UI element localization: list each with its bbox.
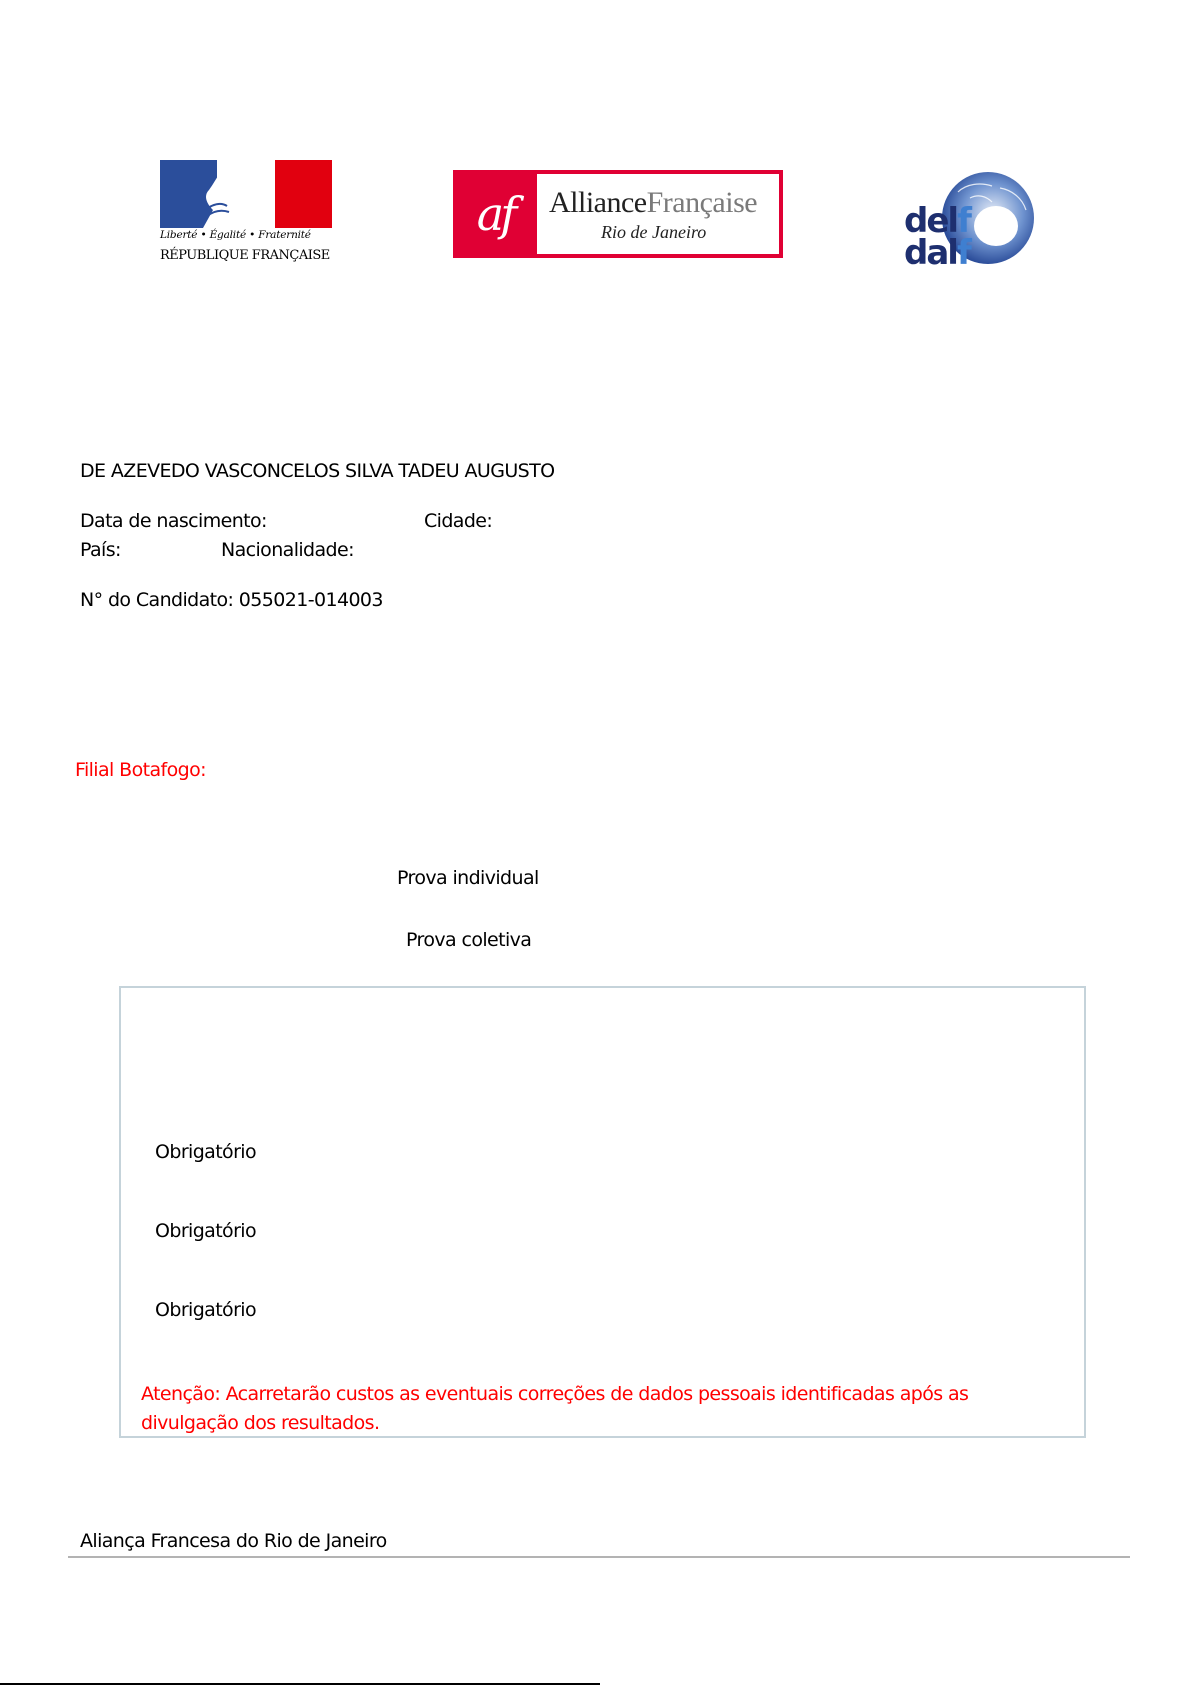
- footer-divider: [68, 1556, 1130, 1558]
- republique-francaise-logo: Liberté • Égalité • Fraternité RÉPUBLIQU…: [160, 160, 334, 270]
- alliance-francaise-logo: af AllianceFrançaise Rio de Janeiro: [453, 170, 783, 258]
- af-mark-icon: af: [453, 170, 537, 258]
- warning-text: Atenção: Acarretarão custos as eventuais…: [141, 1380, 1071, 1438]
- country-label: País:: [80, 539, 121, 561]
- collective-exam-label: Prova coletiva: [406, 929, 531, 951]
- birth-date-label: Data de nascimento:: [80, 510, 267, 532]
- alliance-title: AllianceFrançaise: [549, 186, 757, 220]
- marianne-flag-icon: [160, 160, 332, 228]
- candidate-number: N° do Candidato: 055021-014003: [80, 589, 383, 611]
- individual-exam-label: Prova individual: [397, 867, 539, 889]
- footer-organization: Aliança Francesa do Rio de Janeiro: [80, 1530, 387, 1552]
- required-label: Obrigatório: [155, 1220, 256, 1242]
- candidate-name: DE AZEVEDO VASCONCELOS SILVA TADEU AUGUS…: [80, 460, 554, 482]
- delf-globe-icon: delf dalf: [900, 168, 1060, 268]
- nationality-label: Nacionalidade:: [221, 539, 354, 561]
- required-label: Obrigatório: [155, 1141, 256, 1163]
- info-box: [119, 986, 1086, 1438]
- republique-motto: Liberté • Égalité • Fraternité: [160, 229, 334, 241]
- svg-text:dalf: dalf: [904, 233, 973, 268]
- republique-name: RÉPUBLIQUE FRANÇAISE: [160, 248, 334, 263]
- city-label: Cidade:: [424, 510, 492, 532]
- delf-dalf-logo: delf dalf: [900, 168, 1060, 268]
- alliance-subtitle: Rio de Janeiro: [601, 222, 706, 243]
- required-label: Obrigatório: [155, 1299, 256, 1321]
- branch-label: Filial Botafogo:: [75, 759, 206, 781]
